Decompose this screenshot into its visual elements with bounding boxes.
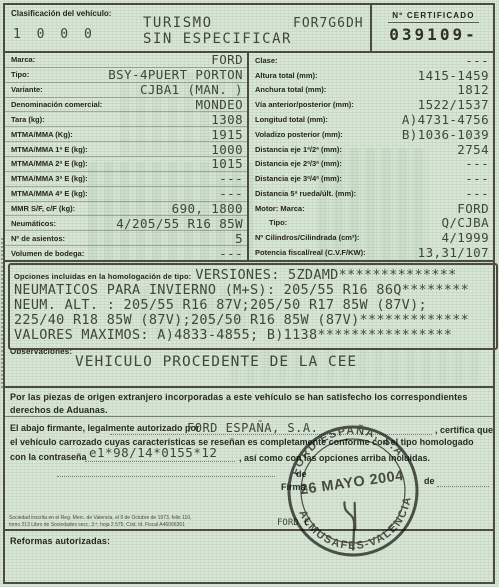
fineprint-line2: tomo 213 Libro de Sociedades secc. 3.ª, … (9, 522, 269, 529)
spec-label: Neumáticos: (11, 219, 56, 228)
vehicle-table: Marca: FORD Tipo: BSY-4PUERT PORTON Vari… (5, 53, 249, 260)
spec-row: Variante: CJBA1 (MAN. ) (5, 83, 247, 98)
spec-label: Distancia eje 1ª/2ª (mm): (255, 145, 342, 154)
spec-label: Volumen de bodega: (11, 249, 84, 258)
spec-label: Tipo: (11, 70, 29, 79)
spec-value: --- (465, 186, 489, 201)
spec-label: Variante: (11, 85, 43, 94)
options-line: NEUM. ALT. : 205/55 R16 87V;205/50 R17 8… (14, 298, 492, 313)
spec-label: Tara (kg): (11, 115, 45, 124)
password-prefix: con la contraseña (10, 452, 87, 462)
spec-value: --- (219, 246, 243, 261)
spec-label: Tipo: (255, 218, 287, 227)
spec-label: Longitud total (mm): (255, 115, 328, 124)
options-lines: NEUMATICOS PARA INVIERNO (M+S): 205/55 R… (14, 283, 492, 343)
spec-value: 1522/1537 (418, 97, 489, 112)
spec-row: Longitud total (mm): A)4731-4756 (249, 112, 493, 127)
vehicle-subcategory: SIN ESPECIFICAR (143, 31, 292, 47)
spec-row: Marca: FORD (5, 53, 247, 68)
certificate-number: 039109- (372, 25, 495, 44)
spec-value: --- (465, 171, 489, 186)
spec-label: MTMA/MMA 1ª E (kg): (11, 145, 88, 154)
observations-section: Observaciones: VEHICULO PROCEDENTE DE LA… (5, 345, 493, 388)
spec-label: Distancia eje 3ª/4ª (mm): (255, 174, 342, 183)
spec-label: Distancia eje 2ª/3ª (mm): (255, 159, 342, 168)
spec-row: Nº Cilindros/Cilindrada (cm³): 4/1999 (249, 230, 493, 245)
spec-table: Marca: FORD Tipo: BSY-4PUERT PORTON Vari… (5, 53, 493, 262)
company-register-fineprint: Sociedad inscrita en el Reg. Merc. de Va… (9, 515, 269, 528)
spec-label: Nº de asientos: (11, 234, 65, 243)
options-line: NEUMATICOS PARA INVIERNO (M+S): 205/55 R… (14, 283, 492, 298)
spec-value: 5 (235, 231, 243, 246)
spec-value: FORD (457, 201, 489, 216)
spec-row: Anchura total (mm): 1812 (249, 83, 493, 98)
svg-text:ALMUSAFES-VALENCIA: ALMUSAFES-VALENCIA (296, 493, 421, 559)
classification-label: Clasificación del vehículo: (11, 9, 111, 18)
spec-value: --- (465, 53, 489, 68)
spec-value: --- (219, 186, 243, 201)
spec-row: Tara (kg): 1308 (5, 112, 247, 127)
spec-value: CJBA1 (MAN. ) (140, 82, 243, 97)
stamp-date: 26 MAYO 2004 (299, 468, 405, 498)
vehicle-category: TURISMO (143, 15, 213, 31)
spec-row: Motor: Marca: FORD (249, 201, 493, 216)
spec-value: 1415-1459 (418, 68, 489, 83)
options-first-line: VERSIONES: 5ZDAMD************** (195, 268, 456, 283)
customs-section: Por las piezas de origen extranjero inco… (5, 388, 493, 417)
certificate-label: Nº CERTIFICADO (388, 11, 478, 23)
spec-value: 1915 (211, 127, 243, 142)
spec-value: 1015 (211, 156, 243, 171)
spec-value: Q/CJBA (441, 215, 489, 230)
spec-label: Voladizo posterior (mm): (255, 130, 343, 139)
spec-label: MTMA/MMA 3ª E (kg): (11, 174, 88, 183)
spec-label: Anchura total (mm): (255, 85, 326, 94)
spec-label: Distancia 5ª rueda/últ. (mm): (255, 189, 356, 198)
dotted-line (57, 475, 275, 477)
spec-row: Tipo: Q/CJBA (249, 216, 493, 231)
spec-label: Vía anterior/posterior (mm): (255, 100, 354, 109)
spec-row: Distancia eje 3ª/4ª (mm): --- (249, 171, 493, 186)
spec-row: MTMA/MMA (Kg): 1915 (5, 127, 247, 142)
spec-value: A)4731-4756 (402, 112, 489, 127)
spec-label: Marca: (11, 55, 35, 64)
options-box: Opciones incluidas en la homologación de… (8, 263, 498, 350)
spec-row: MTMA/MMA 2ª E (kg): 1015 (5, 157, 247, 172)
authorized-prefix: El abajo firmante, legalmente autorizado… (10, 423, 200, 433)
spec-label: Altura total (mm): (255, 71, 318, 80)
spec-value: B)1036-1039 (402, 127, 489, 142)
dimensions-table: Clase: --- Altura total (mm): 1415-1459 … (249, 53, 493, 260)
spec-row: MTMA/MMA 1ª E (kg): 1000 (5, 142, 247, 157)
spec-label: Clase: (255, 56, 278, 65)
spec-row: Tipo: BSY-4PUERT PORTON (5, 68, 247, 83)
spec-value: FORD (211, 52, 243, 67)
spec-value: 690, 1800 (172, 201, 243, 216)
spec-row: Distancia eje 2ª/3ª (mm): --- (249, 156, 493, 171)
observations-value: VEHICULO PROCEDENTE DE LA CEE (75, 354, 357, 370)
spec-value: 1812 (457, 82, 489, 97)
scanned-vehicle-certificate: { "header": { "classification_label": "C… (0, 0, 499, 587)
authorized-suffix: , certifica que (435, 425, 493, 435)
spec-row: Potencia fiscal/real (C.V.F/KW): 13,31/1… (249, 245, 493, 260)
spec-value: 4/1999 (441, 230, 489, 245)
password-code: e1*98/14*0155*12 (89, 445, 217, 460)
spec-label: MTMA/MMA (Kg): (11, 130, 73, 139)
spec-row: Altura total (mm): 1415-1459 (249, 68, 493, 83)
spec-row: Vía anterior/posterior (mm): 1522/1537 (249, 97, 493, 112)
spec-row: Distancia eje 1ª/2ª (mm): 2754 (249, 142, 493, 157)
reforms-label: Reformas autorizadas: (10, 536, 110, 546)
options-line: VALORES MAXIMOS: A)4833-4855; B)1138****… (14, 328, 492, 343)
spec-label: Motor: Marca: (255, 204, 305, 213)
spec-row: Voladizo posterior (mm): B)1036-1039 (249, 127, 493, 142)
spec-value: BSY-4PUERT PORTON (108, 67, 243, 82)
spec-label: MTMA/MMA 4ª E (kg): (11, 189, 88, 198)
dotted-line (85, 460, 235, 462)
spec-value: 1000 (211, 142, 243, 157)
header-band: Clasificación del vehículo: 1 0 0 0 TURI… (5, 5, 493, 53)
spec-label: Denominación comercial: (11, 100, 102, 109)
spec-row: Nº de asientos: 5 (5, 231, 247, 246)
options-line: 225/40 R18 85W (87V);205/50 R16 85W (87V… (14, 313, 492, 328)
spec-value: 1308 (211, 112, 243, 127)
spec-value: 2754 (457, 142, 489, 157)
spec-label: Potencia fiscal/real (C.V.F/KW): (255, 248, 366, 257)
spec-value: --- (219, 171, 243, 186)
spec-value: 13,31/107 (418, 245, 489, 260)
approval-code: FOR7G6DH (293, 16, 364, 31)
spec-label: MTMA/MMA 2ª E (kg): (11, 159, 88, 168)
spec-row: Volumen de bodega: --- (5, 246, 247, 260)
spec-row: Neumáticos: 4/205/55 R16 85W (5, 216, 247, 231)
spec-label: Nº Cilindros/Cilindrada (cm³): (255, 233, 359, 242)
certificate-cell: Nº CERTIFICADO 039109- (370, 5, 495, 51)
spec-label: MMR S/F, c/F (kg): (11, 204, 75, 213)
spec-row: Distancia 5ª rueda/últ. (mm): --- (249, 186, 493, 201)
spec-value: MONDEO (195, 97, 243, 112)
spec-value: 4/205/55 R16 85W (116, 216, 243, 231)
options-label: Opciones incluidas en la homologación de… (14, 272, 191, 281)
spec-row: MTMA/MMA 3ª E (kg): --- (5, 172, 247, 187)
spec-row: Clase: --- (249, 53, 493, 68)
rubber-stamp: FORD ESPAÑA, S.A. ALMUSAFES-VALENCIA 26 … (269, 407, 436, 574)
spec-row: MMR S/F, c/F (kg): 690, 1800 (5, 202, 247, 217)
stamp-bottom-arc-text: ALMUSAFES-VALENCIA (296, 493, 421, 559)
spec-row: MTMA/MMA 4ª E (kg): --- (5, 187, 247, 202)
spec-value: --- (465, 156, 489, 171)
spec-row: Denominación comercial: MONDEO (5, 98, 247, 113)
dotted-line (437, 485, 489, 487)
classification-code: 1 0 0 0 (13, 27, 96, 42)
